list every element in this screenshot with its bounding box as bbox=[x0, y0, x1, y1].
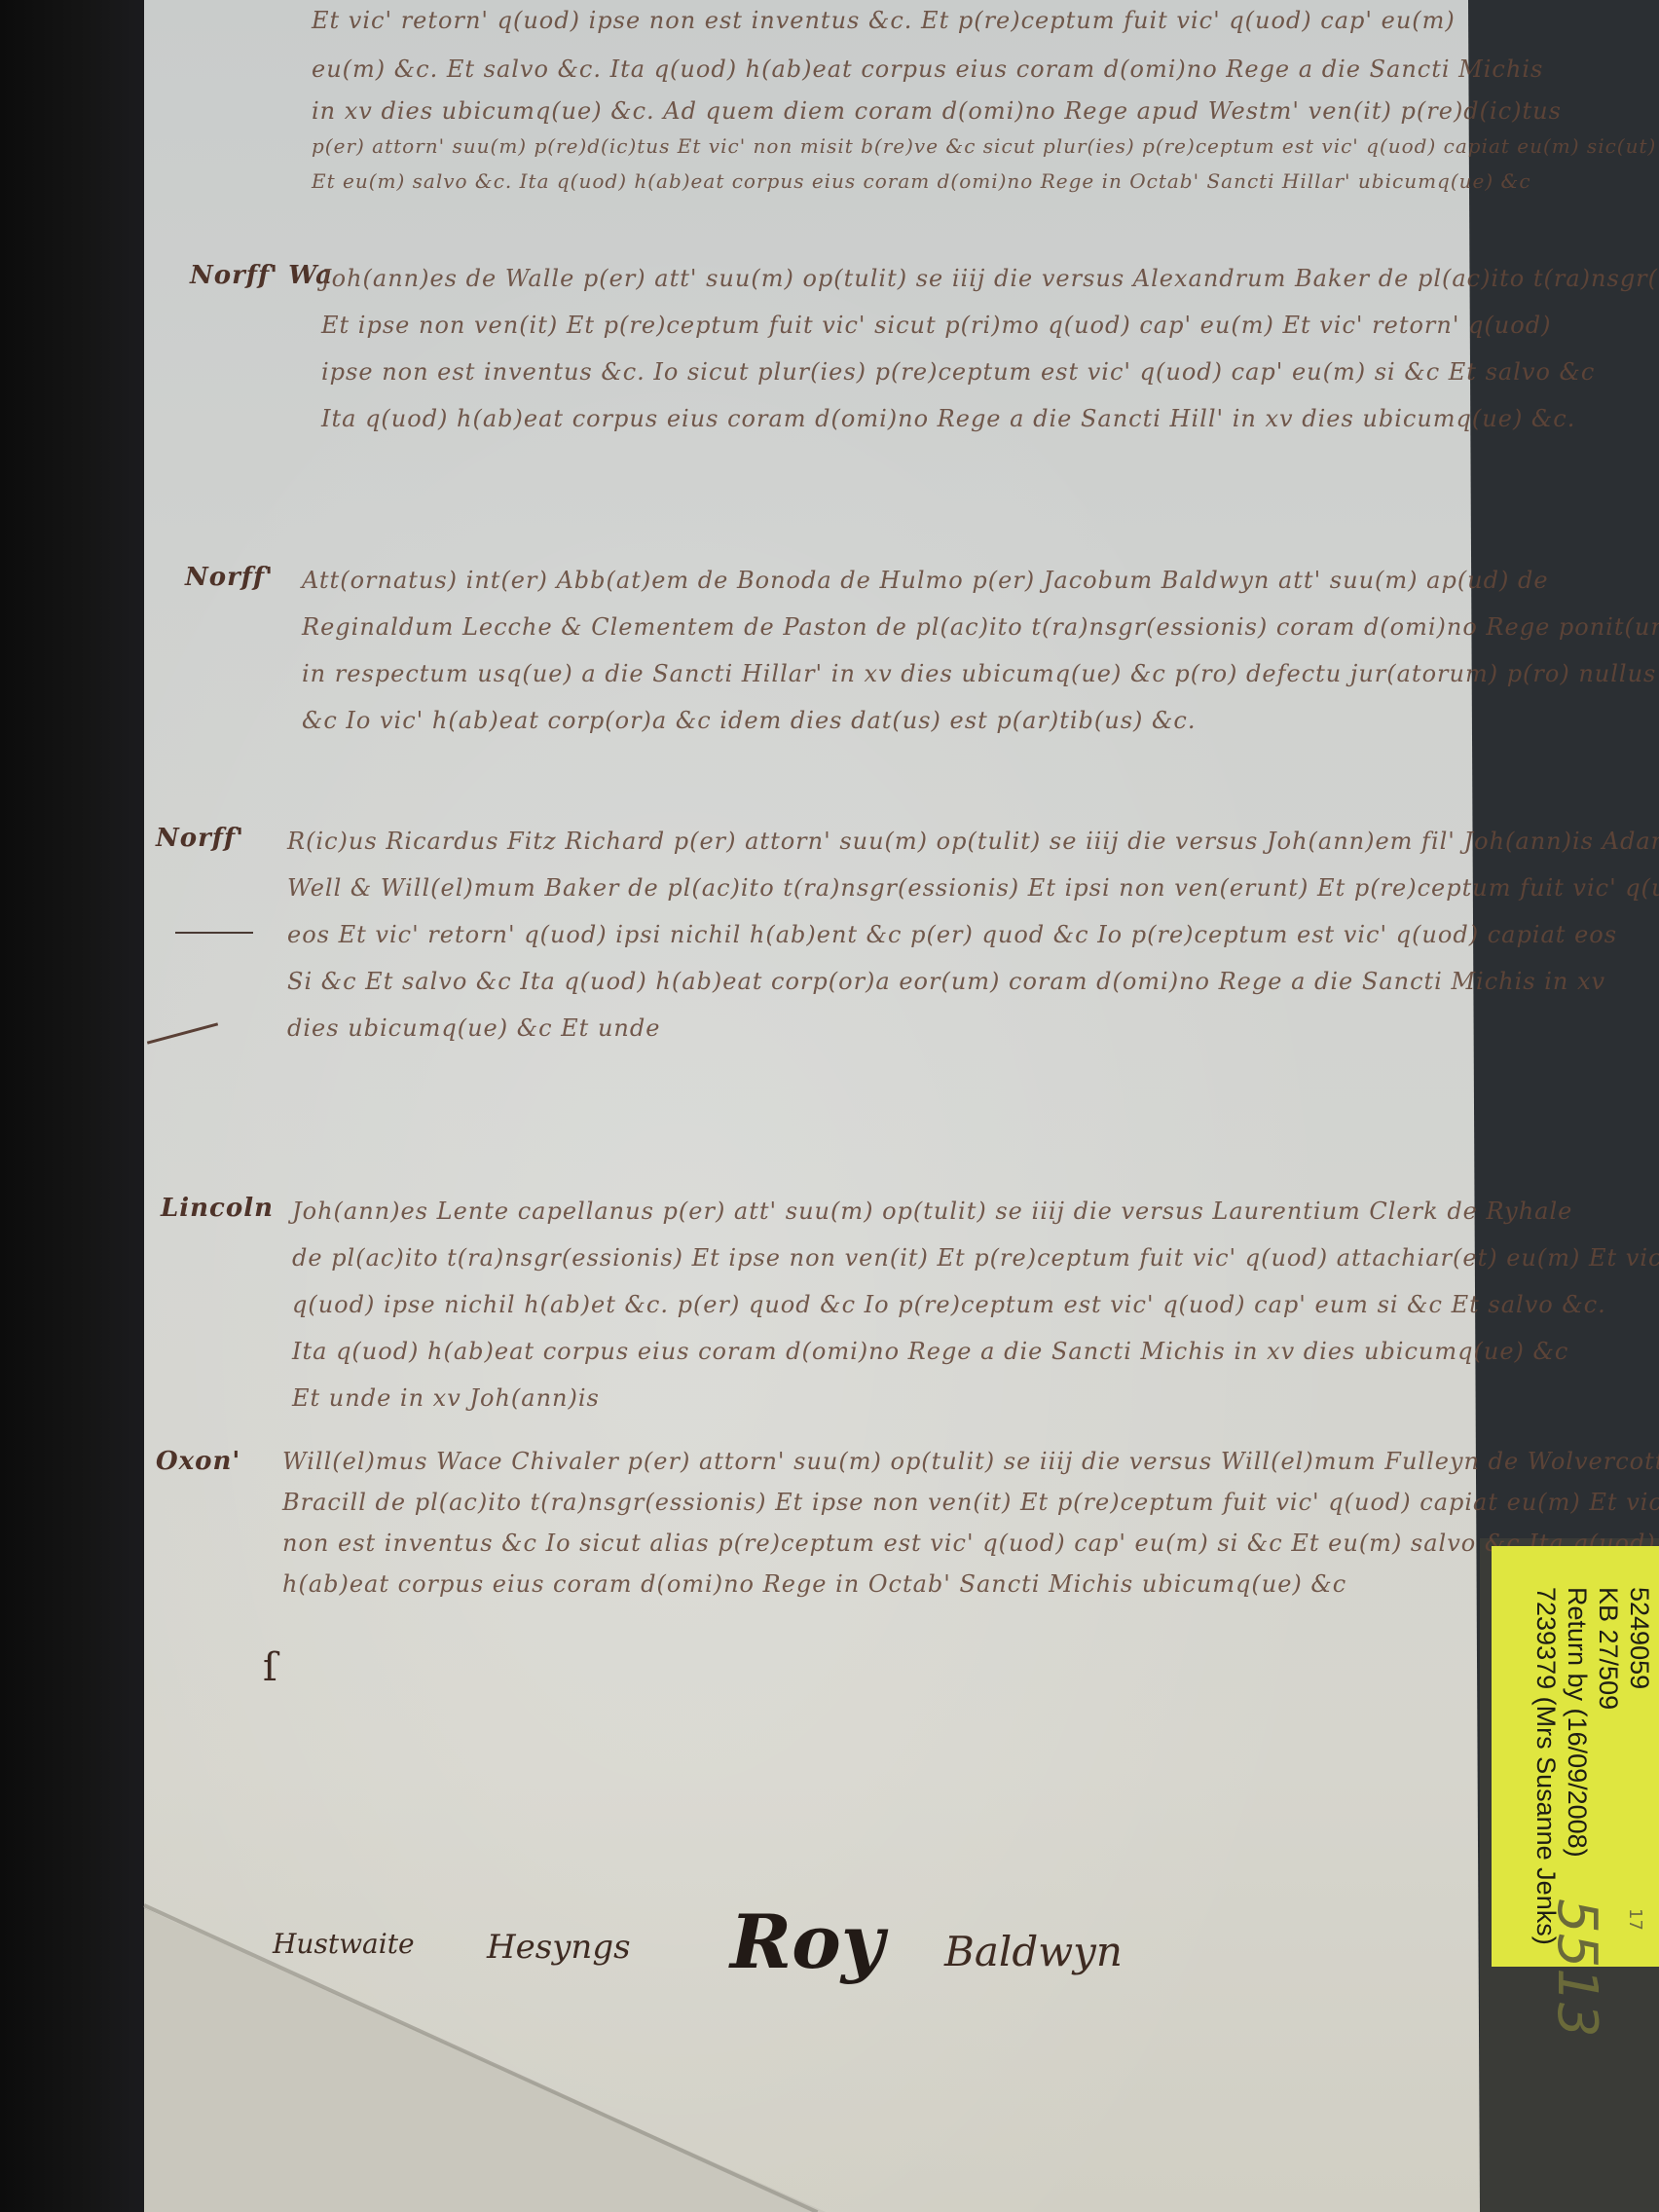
entry-line: ipse non est inventus &c. Io sicut plur(… bbox=[321, 349, 1659, 395]
entry-line: de pl(ac)ito t(ra)nsgr(essionis) Et ipse… bbox=[292, 1235, 1659, 1281]
entry-line: Si &c Et salvo &c Ita q(uod) h(ab)eat co… bbox=[287, 958, 1659, 1005]
plea-entry-abbot-hulme: Norff' Att(ornatus) int(er) Abb(at)em de… bbox=[302, 557, 1659, 744]
signature: Hustwaite bbox=[273, 1928, 415, 1960]
entry-line: Et vic' retorn' q(uod) ipse non est inve… bbox=[312, 0, 1656, 45]
paragraph-mark: ſ bbox=[263, 1645, 277, 1690]
entry-line: eos Et vic' retorn' q(uod) ipsi nichil h… bbox=[287, 911, 1659, 958]
plea-entry-wace: Oxon' Will(el)mus Wace Chivaler p(er) at… bbox=[282, 1441, 1659, 1604]
margin-county-note: Oxon' bbox=[156, 1447, 240, 1476]
entry-line: Bracill de pl(ac)ito t(ra)nsgr(essionis)… bbox=[282, 1482, 1659, 1523]
slip-small-number: 17 bbox=[1625, 1908, 1645, 1931]
plea-entry-fitz-richard: Norff' R(ic)us Ricardus Fitz Richard p(e… bbox=[287, 818, 1659, 1051]
entry-line: p(er) attorn' suu(m) p(re)d(ic)tus Et vi… bbox=[312, 129, 1656, 164]
slip-line: KB 27/509 bbox=[1593, 1587, 1624, 1945]
entry-line: h(ab)eat corpus eius coram d(omi)no Rege… bbox=[282, 1564, 1659, 1604]
entry-line: non est inventus &c Io sicut alias p(re)… bbox=[282, 1523, 1659, 1564]
slip-line: Return by (16/09/2008) bbox=[1562, 1587, 1593, 1945]
dark-background-left bbox=[0, 0, 144, 2212]
entry-line: Well & Will(el)mum Baker de pl(ac)ito t(… bbox=[287, 865, 1659, 911]
entry-line: q(uod) ipse nichil h(ab)et &c. p(er) quo… bbox=[292, 1281, 1659, 1328]
margin-county-note: Norff' bbox=[185, 563, 274, 592]
entry-line: Att(ornatus) int(er) Abb(at)em de Bonoda… bbox=[302, 557, 1659, 604]
entry-line: eu(m) &c. Et salvo &c. Ita q(uod) h(ab)e… bbox=[312, 45, 1656, 93]
slip-line: 7239379 (Mrs Susanne Jenks) bbox=[1530, 1587, 1562, 1945]
signature: Roy bbox=[730, 1899, 884, 1985]
signatures-row: Hustwaite Hesyngs Roy Baldwyn bbox=[273, 1899, 1246, 2035]
entry-line: Will(el)mus Wace Chivaler p(er) attorn' … bbox=[282, 1441, 1659, 1482]
entry-line: Reginaldum Lecche & Clementem de Paston … bbox=[302, 604, 1659, 650]
entry-line: in respectum usq(ue) a die Sancti Hillar… bbox=[302, 650, 1659, 697]
signature: Baldwyn bbox=[944, 1928, 1123, 1975]
slip-handwritten-number: 5513 bbox=[1545, 1899, 1608, 2038]
entry-line: Ita q(uod) h(ab)eat corpus eius coram d(… bbox=[292, 1328, 1659, 1375]
plea-entry-de-walle: Norff' Wa Joh(ann)es de Walle p(er) att'… bbox=[321, 255, 1659, 442]
signature: Hesyngs bbox=[487, 1928, 631, 1967]
entry-line: dies ubicumq(ue) &c Et unde bbox=[287, 1005, 1659, 1051]
entry-line: in xv dies ubicumq(ue) &c. Ad quem diem … bbox=[312, 93, 1656, 129]
margin-county-note: Norff' Wa bbox=[190, 261, 333, 290]
entry-line: Et eu(m) salvo &c. Ita q(uod) h(ab)eat c… bbox=[312, 164, 1656, 199]
slip-line: 5249059 bbox=[1624, 1587, 1655, 1945]
margin-dash-mark bbox=[175, 932, 253, 934]
margin-county-note: Norff' bbox=[156, 824, 244, 853]
archive-slip-text: 5249059 KB 27/509 Return by (16/09/2008)… bbox=[1530, 1587, 1655, 1945]
entry-line: Et ipse non ven(it) Et p(re)ceptum fuit … bbox=[321, 302, 1659, 349]
entry-line: &c Io vic' h(ab)eat corp(or)a &c idem di… bbox=[302, 697, 1659, 744]
entry-line: Ita q(uod) h(ab)eat corpus eius coram d(… bbox=[321, 395, 1659, 442]
plea-entry-lente: Lincoln Joh(ann)es Lente capellanus p(er… bbox=[292, 1188, 1659, 1421]
entry-line: Joh(ann)es de Walle p(er) att' suu(m) op… bbox=[321, 255, 1659, 302]
margin-county-note: Lincoln bbox=[161, 1194, 274, 1223]
entry-line: Et unde in xv Joh(ann)is bbox=[292, 1375, 1659, 1421]
entry-line: Joh(ann)es Lente capellanus p(er) att' s… bbox=[292, 1188, 1659, 1235]
entry-line: R(ic)us Ricardus Fitz Richard p(er) atto… bbox=[287, 818, 1659, 865]
plea-entry-continuation: Et vic' retorn' q(uod) ipse non est inve… bbox=[312, 0, 1656, 199]
